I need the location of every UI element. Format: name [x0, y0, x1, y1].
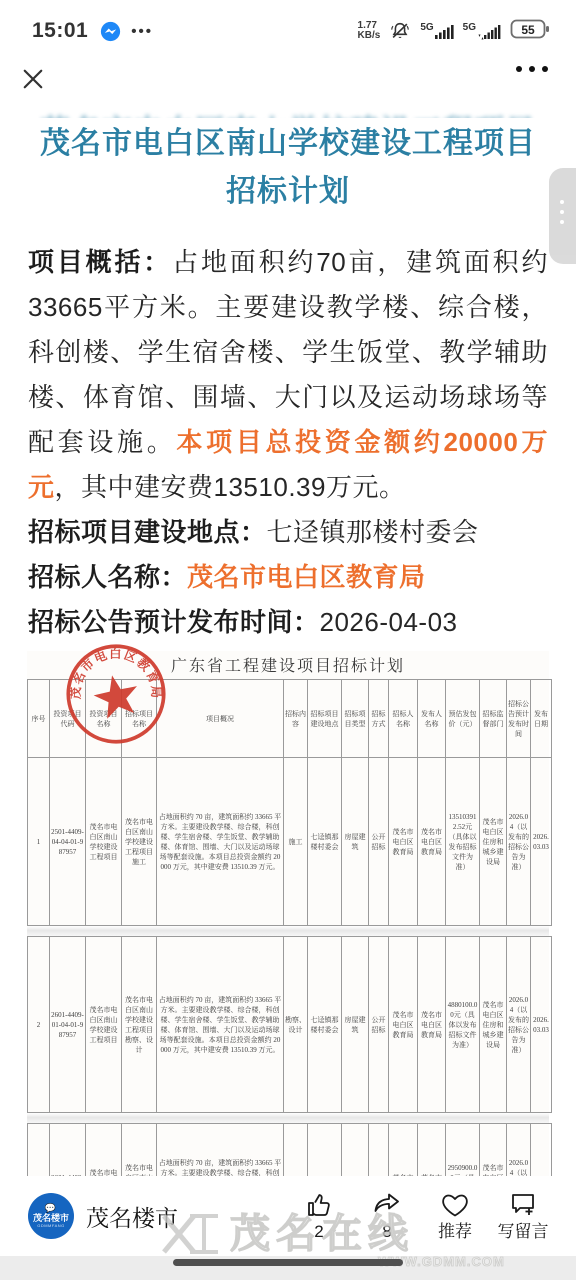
- section-divider: [27, 1113, 549, 1123]
- table-cell: 茂名市电白区南山学校建设工程项目施工: [122, 758, 157, 926]
- table-cell: 房屋建筑: [342, 937, 369, 1113]
- more-menu-button[interactable]: [516, 66, 548, 72]
- location-label: 招标项目建设地点：: [28, 517, 267, 547]
- overview-label: 项目概括：: [28, 247, 172, 277]
- bidder-label: 招标人名称：: [28, 562, 187, 592]
- battery-percent: 55: [521, 23, 535, 37]
- status-indicators: 1.77 KB/s 5G 5G: [358, 18, 550, 45]
- net-speed-unit: KB/s: [358, 31, 381, 41]
- table-row: 12501-4409-04-04-01-987957茂名市电白区南山学校建设工程…: [28, 758, 552, 926]
- table-cell: 七迳镇那楼村委会: [308, 758, 342, 926]
- status-bar: 15:01 ••• 1.77 KB/s 5G: [0, 0, 576, 52]
- table-cell: 茂名市电白区教育局: [418, 937, 446, 1113]
- table-cell: 2026.03.03: [531, 937, 552, 1113]
- avatar-subtitle: GDMMFANG: [37, 1224, 65, 1228]
- table-header-cell: 招标内容: [284, 680, 308, 758]
- table-cell: 4880100.00元（具体以发布招标文件为准）: [446, 937, 480, 1113]
- table-header-cell: 招标方式: [369, 680, 389, 758]
- table-cell: 2: [28, 937, 50, 1113]
- table-header-cell: 招标公告预计发布时间: [507, 680, 531, 758]
- table-header-cell: 发布人名称: [418, 680, 446, 758]
- announce-line: 招标公告预计发布时间：2026-04-03: [28, 600, 548, 645]
- table-cell: 茂名市电白区教育局: [389, 758, 418, 926]
- like-button[interactable]: 2: [290, 1190, 348, 1242]
- bidder-value: 茂名市电白区教育局: [187, 562, 426, 592]
- table-cell: 2601-4409-01-04-01-987957: [50, 937, 86, 1113]
- recommend-label: 推荐: [438, 1222, 472, 1242]
- account-name[interactable]: 茂名楼市: [86, 1200, 178, 1233]
- table-cell: 施工: [284, 758, 308, 926]
- table-cell: 占地面积约 70 亩，建筑面积约 33665 平方米。主要建设教学楼、综合楼，科…: [157, 937, 284, 1113]
- table-header-cell: 招标人名称: [389, 680, 418, 758]
- title-clipped-remnant: 茂名市电白区南山学校建设工程项目招标计划: [38, 106, 538, 118]
- table-header-cell: 招标项目建设地点: [308, 680, 342, 758]
- table-cell: 2026.04（以发布的招标公告为准）: [507, 758, 531, 926]
- section-divider: [27, 926, 549, 936]
- footer-actions: 2 8 推荐 写留言: [290, 1190, 552, 1242]
- close-icon[interactable]: [22, 68, 44, 90]
- article-title: 茂名市电白区南山学校建设工程项目招标计划: [28, 118, 548, 216]
- table-cell: 135103912.52元（具体以发布招标文件为准）: [446, 758, 480, 926]
- bid-plan-table: 22601-4409-01-04-01-987957茂名市电白区南山学校建设工程…: [27, 936, 552, 1113]
- clock: 15:01: [32, 19, 88, 43]
- sim2-signal-icon: 5G: [463, 22, 501, 40]
- table-cell: 茂名市电白区南山学校建设工程项目勘察、设计: [122, 937, 157, 1113]
- table-header-cell: 投资项目名称: [86, 680, 122, 758]
- table-cell: 1: [28, 758, 50, 926]
- table-header-cell: 预估发包价（元）: [446, 680, 480, 758]
- recommend-button[interactable]: 推荐: [426, 1190, 484, 1242]
- location-line: 招标项目建设地点：七迳镇那楼村委会: [28, 510, 548, 555]
- table-title: 广东省工程建设项目招标计划: [27, 651, 549, 679]
- bidder-line: 招标人名称：茂名市电白区教育局: [28, 555, 548, 600]
- thumbs-up-icon: [304, 1190, 334, 1220]
- messenger-icon: [100, 21, 121, 42]
- sim2-5g-label: 5G: [463, 22, 476, 33]
- table-header-cell: 项目概况: [157, 680, 284, 758]
- nav-bar: [0, 52, 576, 106]
- avatar-chat-glyph: 💬: [45, 1204, 57, 1213]
- sim1-5g-label: 5G: [420, 22, 433, 33]
- table-cell: 公开招标: [369, 937, 389, 1113]
- overview-text-1: 占地面积约70亩，建筑面积约33665平方米。主要建设教学楼、综合楼，科创楼、学…: [28, 247, 548, 457]
- share-count: 8: [382, 1222, 391, 1242]
- overview-text-2: ，其中建安费13510.39万元。: [55, 472, 406, 502]
- sim1-signal-icon: 5G: [420, 22, 453, 40]
- comment-plus-icon: [508, 1190, 538, 1220]
- table-cell: 茂名市电白区南山学校建设工程项目: [86, 758, 122, 926]
- footer-action-bar: 💬 茂名楼市 GDMMFANG 茂名楼市 2 8 推荐: [0, 1176, 576, 1256]
- network-speed: 1.77 KB/s: [358, 21, 381, 41]
- table-header-cell: 序号: [28, 680, 50, 758]
- table-header-cell: 招标监督部门: [480, 680, 507, 758]
- avatar-name: 茂名楼市: [33, 1214, 69, 1223]
- heart-icon: [440, 1190, 470, 1220]
- table-header-cell: 发布日期: [531, 680, 552, 758]
- table-header-cell: 投资项目代码: [50, 680, 86, 758]
- status-ellipsis-icon: •••: [131, 23, 153, 40]
- battery-icon: 55: [510, 18, 550, 45]
- share-arrow-icon: [372, 1190, 402, 1220]
- bid-plan-table: 序号投资项目代码投资项目名称招标项目名称项目概况招标内容招标项目建设地点招标项目…: [27, 679, 552, 926]
- table-section-2: 22601-4409-01-04-01-987957茂名市电白区南山学校建设工程…: [27, 936, 549, 1113]
- table-section-1: 广东省工程建设项目招标计划 序号投资项目代码投资项目名称招标项目名称项目概况招标…: [27, 651, 549, 926]
- article-page: 15:01 ••• 1.77 KB/s 5G: [0, 0, 576, 1280]
- table-header-cell: 招标项目名称: [122, 680, 157, 758]
- table-cell: 茂名市电白区教育局: [418, 758, 446, 926]
- article-paragraphs: 项目概括：占地面积约70亩，建筑面积约33665平方米。主要建设教学楼、综合楼，…: [28, 240, 548, 645]
- comment-label: 写留言: [498, 1222, 549, 1242]
- table-cell: 占地面积约 70 亩，建筑面积约 33665 平方米。主要建设教学楼、综合楼，科…: [157, 758, 284, 926]
- table-header-row: 序号投资项目代码投资项目名称招标项目名称项目概况招标内容招标项目建设地点招标项目…: [28, 680, 552, 758]
- table-cell: 2501-4409-04-04-01-987957: [50, 758, 86, 926]
- table-header-cell: 招标项目类型: [342, 680, 369, 758]
- like-count: 2: [314, 1222, 323, 1242]
- table-row: 22601-4409-01-04-01-987957茂名市电白区南山学校建设工程…: [28, 937, 552, 1113]
- table-cell: 2026.03.03: [531, 758, 552, 926]
- share-button[interactable]: 8: [358, 1190, 416, 1242]
- mute-bell-icon: [389, 20, 411, 42]
- bid-plan-table-image[interactable]: 茂名市电白区教育局 广东省工程建设项目招标计划 序号投资项目代码投资项目名称招标…: [27, 651, 549, 1252]
- table-cell: 茂名市电白区教育局: [389, 937, 418, 1113]
- location-value: 七迳镇那楼村委会: [267, 517, 479, 547]
- table-cell: 茂名市电白区南山学校建设工程项目: [86, 937, 122, 1113]
- announce-value: 2026-04-03: [320, 607, 458, 637]
- table-cell: 七迳镇那楼村委会: [308, 937, 342, 1113]
- table-cell: 公开招标: [369, 758, 389, 926]
- account-avatar[interactable]: 💬 茂名楼市 GDMMFANG: [28, 1193, 74, 1239]
- floating-sidebar-handle[interactable]: [549, 168, 576, 264]
- table-cell: 房屋建筑: [342, 758, 369, 926]
- article-body: 茂名市电白区南山学校建设工程项目招标计划 茂名市电白区南山学校建设工程项目招标计…: [0, 106, 576, 645]
- table-cell: 2026.04（以发布的招标公告为准）: [507, 937, 531, 1113]
- home-indicator[interactable]: [173, 1259, 403, 1266]
- announce-label: 招标公告预计发布时间：: [28, 607, 320, 637]
- table-cell: 茂名市电白区住房和城乡建设局: [480, 937, 507, 1113]
- overview-paragraph: 项目概括：占地面积约70亩，建筑面积约33665平方米。主要建设教学楼、综合楼，…: [28, 240, 548, 510]
- table-cell: 茂名市电白区住房和城乡建设局: [480, 758, 507, 926]
- comment-button[interactable]: 写留言: [494, 1190, 552, 1242]
- table-cell: 勘察、设计: [284, 937, 308, 1113]
